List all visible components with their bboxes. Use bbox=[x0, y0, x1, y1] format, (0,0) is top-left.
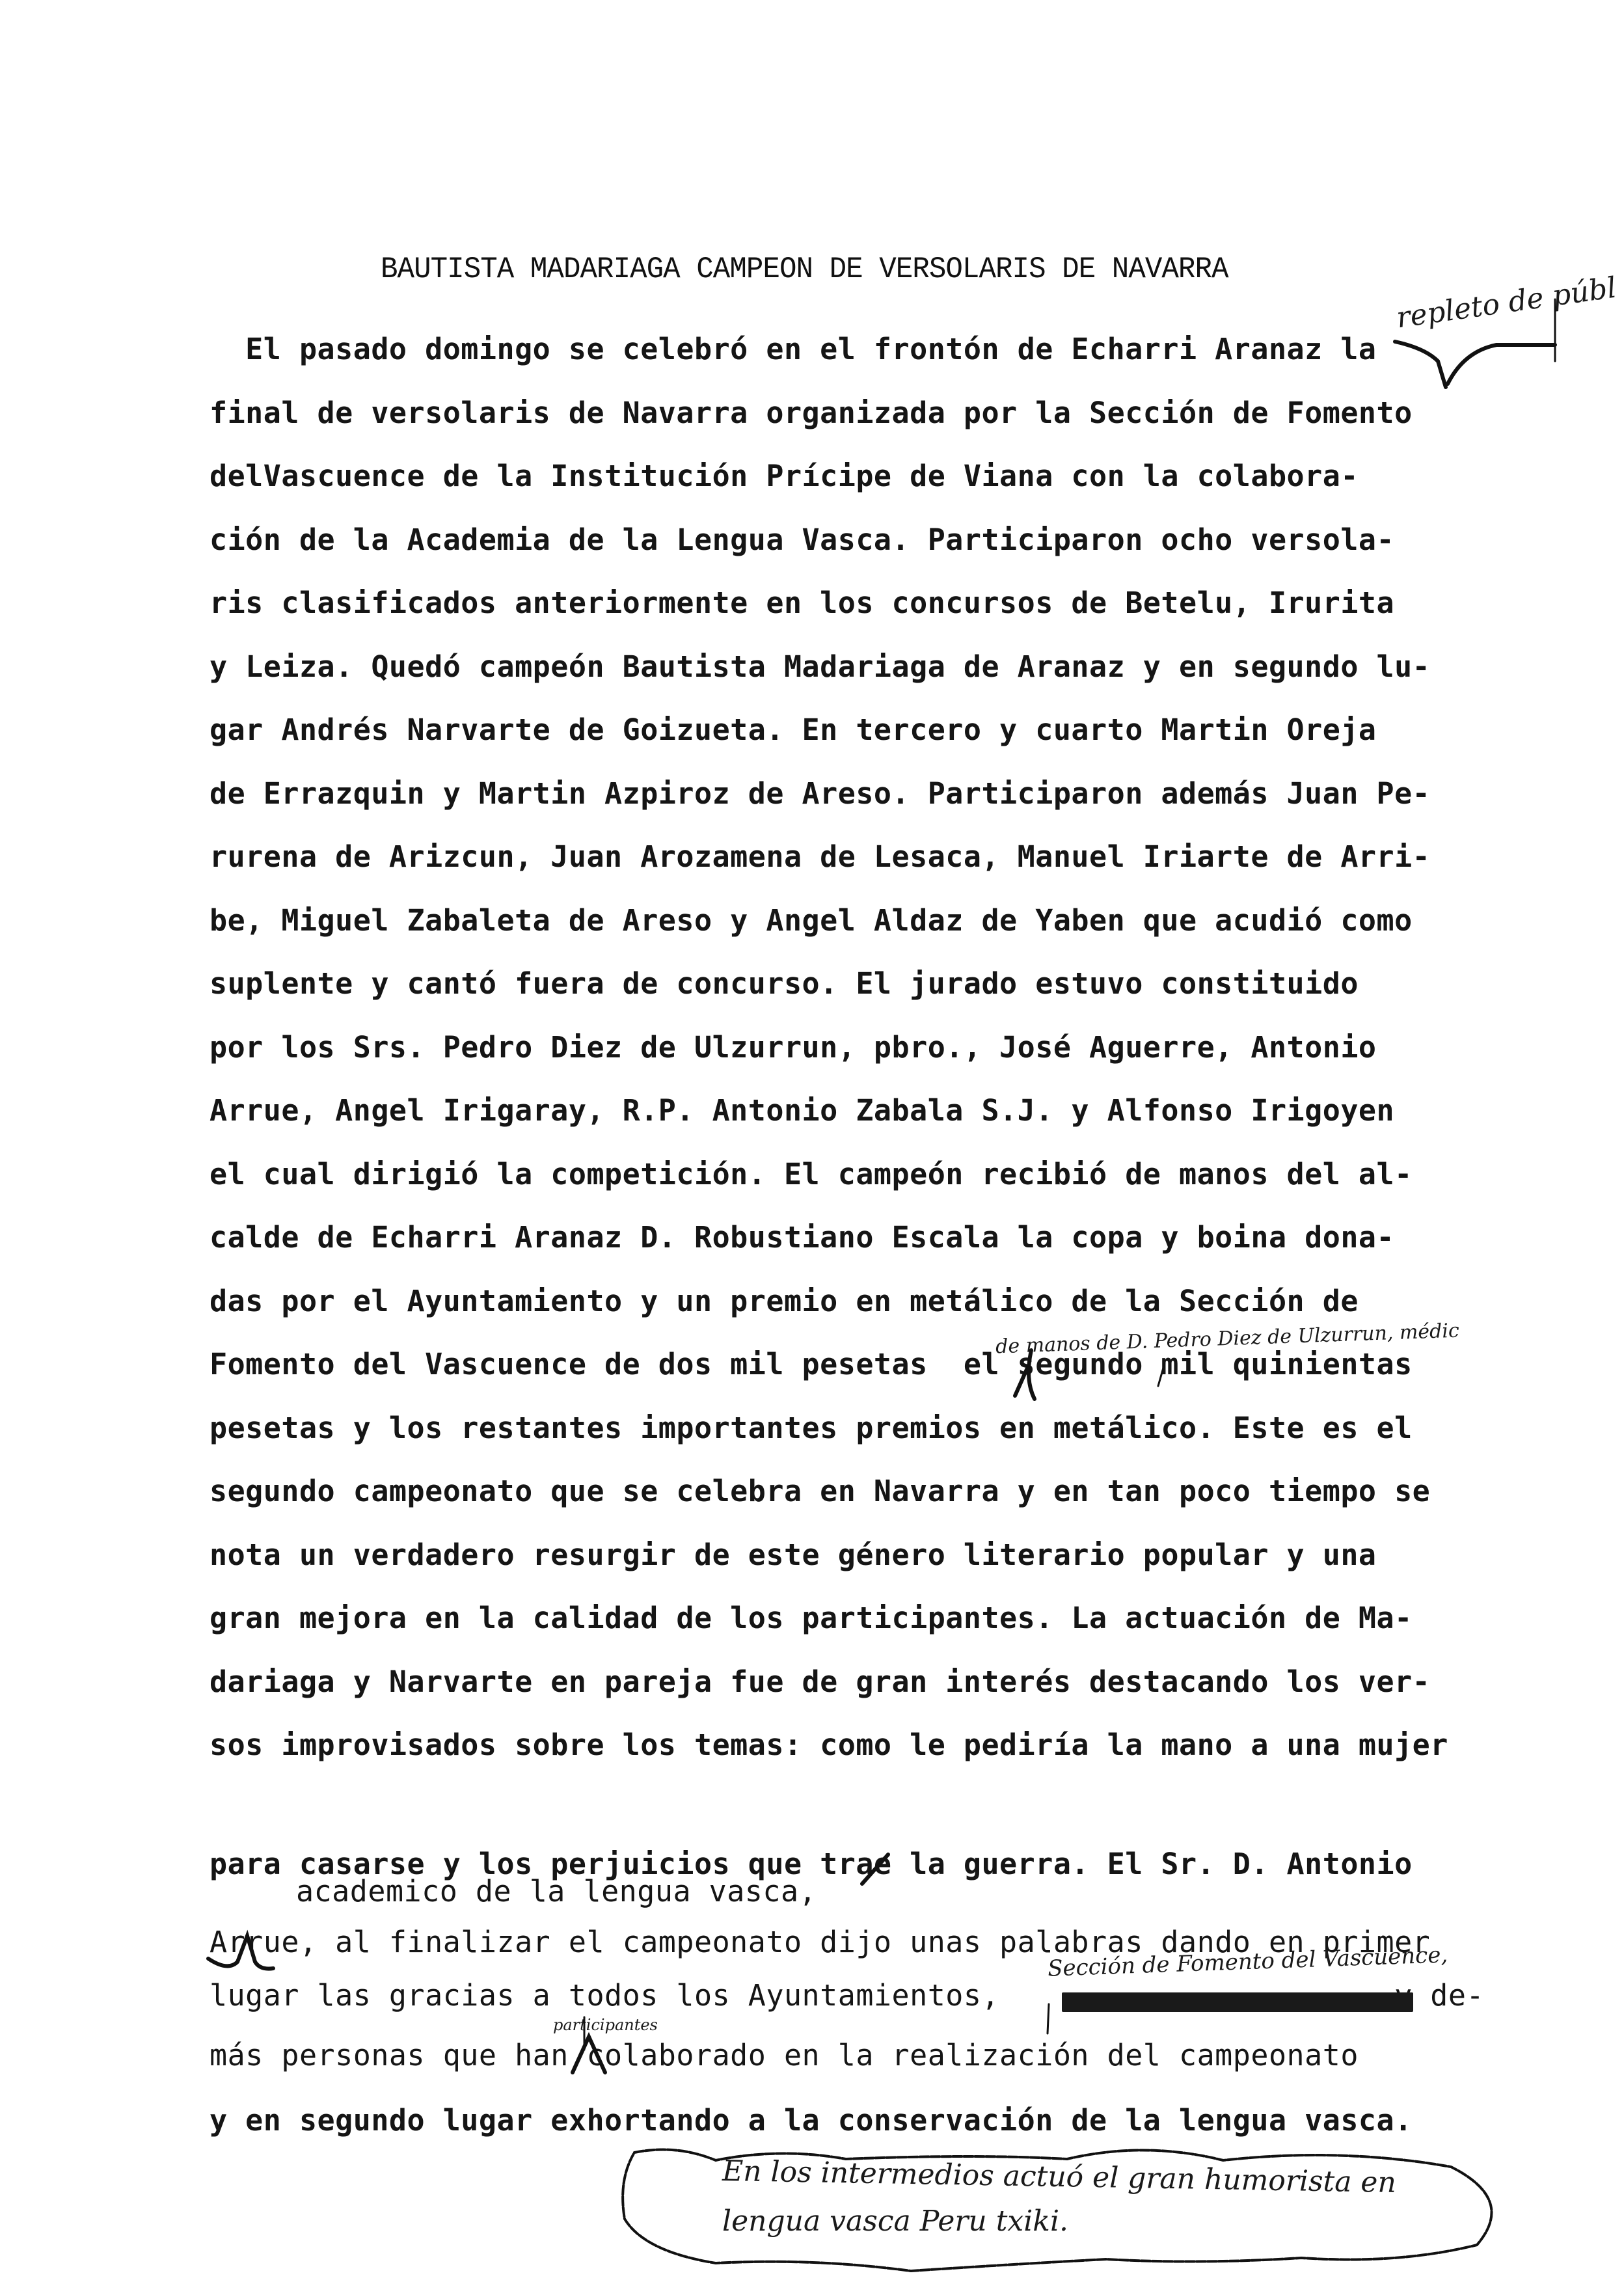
text-line: gran mejora en la calidad de los partici… bbox=[210, 1601, 1413, 1635]
text-line: segundo campeonato que se celebra en Nav… bbox=[210, 1474, 1430, 1508]
struck-out-text bbox=[1062, 1992, 1413, 2012]
text-line: das por el Ayuntamiento y un premio en m… bbox=[210, 1284, 1359, 1318]
text-line: rurena de Arizcun, Juan Arozamena de Les… bbox=[210, 839, 1430, 874]
handwritten-insertion: participantes bbox=[553, 2016, 658, 2034]
text-line: calde de Echarri Aranaz D. Robustiano Es… bbox=[210, 1220, 1394, 1255]
text-line: nota un verdadero resurgir de este géner… bbox=[210, 1538, 1377, 1572]
text-line: final de versolaris de Navarra organizad… bbox=[210, 396, 1413, 430]
text-line: Fomento del Vascuence de dos mil pesetas… bbox=[210, 1347, 1413, 1381]
handwritten-margin-note: repleto de públ bbox=[1394, 271, 1618, 335]
text-line: El pasado domingo se celebró en el front… bbox=[210, 332, 1377, 366]
handwritten-boxed-note: lengua vasca Peru txiki. bbox=[722, 2205, 1068, 2238]
document-title: BAUTISTA MADARIAGA CAMPEON DE VERSOLARIS… bbox=[381, 252, 1228, 286]
text-line: delVascuence de la Institución Prícipe d… bbox=[210, 459, 1359, 493]
typed-insertion: academico de la lengua vasca, bbox=[296, 1874, 817, 1908]
text-line: be, Miguel Zabaleta de Areso y Angel Ald… bbox=[210, 903, 1413, 938]
text-line: de Errazquin y Martin Azpiroz de Areso. … bbox=[210, 776, 1430, 811]
text-line: pesetas y los restantes importantes prem… bbox=[210, 1411, 1413, 1445]
text-line: y en segundo lugar exhortando a la conse… bbox=[210, 2103, 1413, 2138]
text-line: dariaga y Narvarte en pareja fue de gran… bbox=[210, 1664, 1430, 1699]
text-line: ris clasificados anteriormente en los co… bbox=[210, 586, 1394, 620]
text-line: gar Andrés Narvarte de Goizueta. En terc… bbox=[210, 713, 1377, 747]
text-line: ción de la Academia de la Lengua Vasca. … bbox=[210, 523, 1394, 557]
text-line: por los Srs. Pedro Diez de Ulzurrun, pbr… bbox=[210, 1030, 1377, 1065]
handwritten-boxed-note: En los intermedios actuó el gran humoris… bbox=[722, 2154, 1397, 2199]
text-line: suplente y cantó fuera de concurso. El j… bbox=[210, 966, 1359, 1001]
text-line: más personas que han colaborado en la re… bbox=[210, 2038, 1359, 2072]
text-line: y Leiza. Quedó campeón Bautista Madariag… bbox=[210, 649, 1430, 684]
text-line: el cual dirigió la competición. El campe… bbox=[210, 1157, 1413, 1191]
document-page: BAUTISTA MADARIAGA CAMPEON DE VERSOLARIS… bbox=[0, 0, 1624, 2282]
text-line: sos improvisados sobre los temas: como l… bbox=[210, 1728, 1448, 1762]
text-line: Arrue, Angel Irigaray, R.P. Antonio Zaba… bbox=[210, 1093, 1394, 1128]
